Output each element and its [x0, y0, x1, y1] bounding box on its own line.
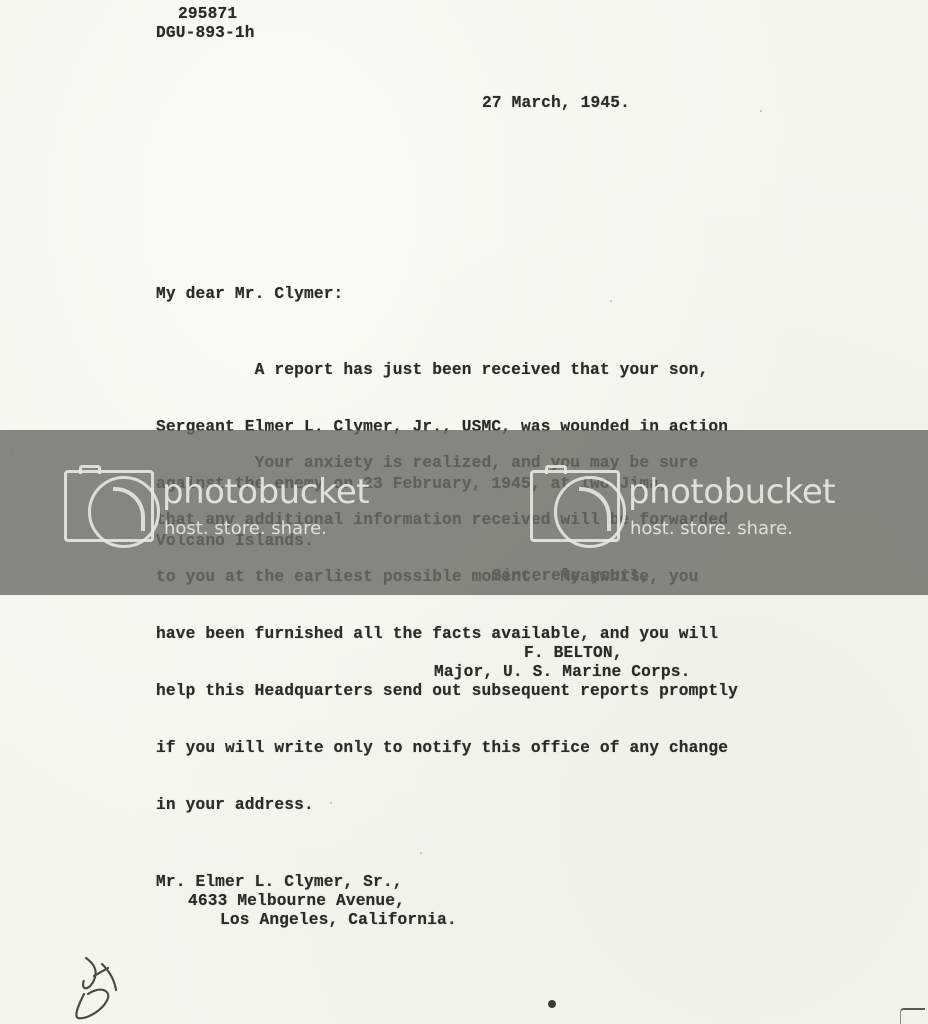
watermark-tagline: host. store. share. — [164, 518, 327, 540]
watermark-right: photobucket host. store. share. — [530, 470, 860, 550]
reference-code: DGU-893-1h — [156, 24, 255, 43]
paragraph-2-line: in your address. — [156, 796, 738, 815]
letter-date: 27 March, 1945. — [482, 94, 630, 113]
paragraph-2-line: have been furnished all the facts availa… — [156, 625, 738, 644]
paragraph-2-line: help this Headquarters send out subseque… — [156, 682, 738, 701]
paper-speck — [330, 802, 332, 804]
watermark-brand: photobucket — [162, 472, 369, 512]
paper-speck — [610, 300, 612, 302]
signer-title: Major, U. S. Marine Corps. — [434, 663, 690, 682]
corner-mark — [900, 1008, 925, 1024]
watermark-tagline: host. store. share. — [630, 518, 793, 540]
ink-dot — [548, 1000, 556, 1008]
paper-speck — [760, 110, 762, 112]
reference-number: 295871 — [178, 5, 237, 24]
watermark-brand: photobucket — [628, 472, 835, 512]
camera-lens-icon — [88, 476, 160, 548]
handwritten-initials-icon — [64, 950, 124, 1020]
address-line-city: Los Angeles, California. — [220, 911, 457, 930]
address-line-street: 4633 Melbourne Avenue, — [188, 892, 405, 911]
watermark-left: photobucket host. store. share. — [64, 470, 384, 550]
camera-lens-icon — [554, 476, 626, 548]
paragraph-2-line: if you will write only to notify this of… — [156, 739, 738, 758]
salutation: My dear Mr. Clymer: — [156, 285, 343, 304]
paragraph-1-line: A report has just been received that you… — [156, 361, 728, 380]
address-line-name: Mr. Elmer L. Clymer, Sr., — [156, 873, 403, 892]
paper-speck — [420, 852, 422, 854]
signer-name: F. BELTON, — [524, 644, 623, 663]
